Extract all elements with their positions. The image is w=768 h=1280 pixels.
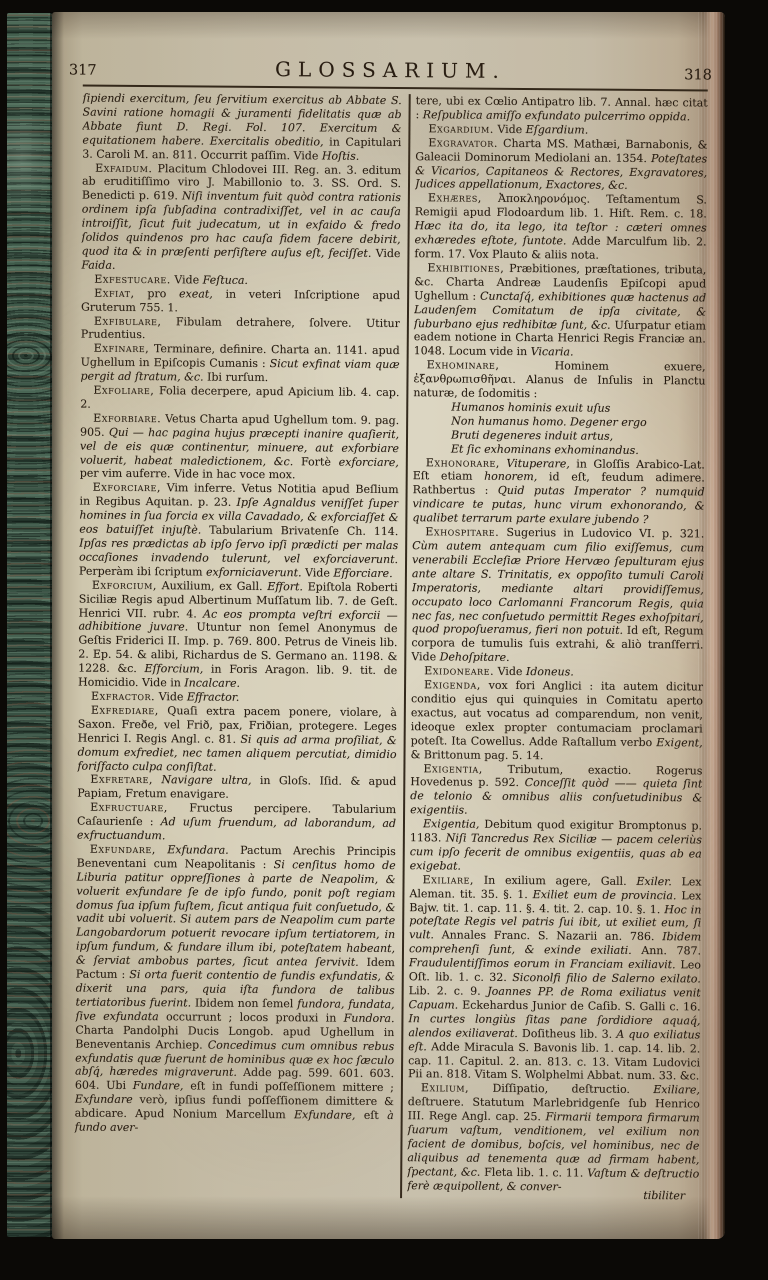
text-segment: Fleta lib. 1. c. 11. (484, 1166, 587, 1180)
text-segment: Feſtuca. (203, 273, 248, 286)
glossary-entry: ſipiendi exercitum, ſeu ſervitium exerci… (82, 92, 402, 164)
text-segment: Exigentia, (423, 817, 479, 830)
entry-headword: Exfrediare, (91, 704, 159, 718)
page-number-right: 318 (666, 67, 712, 83)
text-segment: Fortè (301, 455, 339, 468)
text-segment: Fundare, (133, 1079, 191, 1092)
entry-headword: Exhospitare. (425, 525, 499, 539)
entry-headword: Exfoliare, (93, 384, 154, 397)
text-segment: Ibidem non ſemel (195, 996, 297, 1010)
book-scan: 317 GLOSSARIUM. 318 ſipiendi exercitum, … (0, 0, 768, 1280)
glossary-entry: Exfibulare, Fibulam detrahere, ſolvere. … (81, 314, 400, 344)
glossary-entry: Exfinare, Terminare, definire. Charta an… (80, 342, 399, 386)
entry-headword: Exhæres, (428, 192, 482, 205)
text-segment: Faida. (81, 258, 115, 271)
text-segment (156, 843, 168, 856)
text-segment: exforciare, (339, 455, 399, 468)
glossary-entry: Exforcium, Auxilium, ex Gall. Effort. Ep… (78, 578, 398, 692)
entry-headword: Exilium, (421, 1082, 469, 1095)
entry-headword: Exfibulare, (94, 314, 162, 328)
entry-headword: Exfestucare. (94, 272, 171, 286)
entry-headword: Exfiat, (94, 286, 135, 299)
glossary-entry: Exfiat, pro exeat, in veteri Inſcription… (81, 286, 400, 316)
text-segment: Lib. 2. c. 9. (409, 984, 488, 998)
marbled-edge (7, 13, 52, 1237)
text-segment: Vicaria. (531, 345, 574, 358)
glossary-entry: Exigentia, Tributum, exactio. Rogerus Ho… (410, 762, 702, 820)
entry-headword: Exforciare, (93, 481, 161, 495)
entry-headword: Exgravator. (428, 136, 498, 150)
text-segment: Incalcare. (184, 676, 240, 689)
glossary-entry: Exfaidum. Placitum Chlodovei III. Reg. a… (81, 161, 401, 275)
text-segment: Effort. (267, 580, 307, 593)
text-segment: Exiliet eum de provincia. (533, 888, 682, 902)
entry-headword: Exigenda, (424, 678, 481, 691)
text-segment: Hoſtis. (322, 149, 359, 162)
text-segment: Tabularium Brivatenſe Ch. 114. (209, 524, 398, 538)
entry-headword: Exforcium, (92, 578, 157, 592)
text-segment: pro (135, 287, 180, 300)
text-segment: Exfundare (75, 1093, 140, 1107)
text-segment: exforniciaverunt. (206, 565, 305, 579)
text-segment: Vituperare, (506, 456, 570, 469)
text-segment: Dehoſpitare. (440, 651, 510, 665)
glossary-entry: Exfoliare, Folia decerpere, apud Apicium… (80, 384, 399, 414)
glossary-entry: Exhæres, Ἀποκληρονόμος. Teſtamentum S. R… (414, 192, 707, 264)
text-segment: Vide (305, 566, 333, 579)
entry-headword: Exhonorare, (426, 456, 500, 470)
glossary-entry: tere, ubi ex Cœlio Antipatro lib. 7. Ann… (415, 94, 707, 124)
text-segment: Siconolfi filio de Salerno exilato. (512, 971, 701, 985)
glossary-entry: Exgravator. Charta MS. Mathæi, Barnaboni… (415, 136, 707, 194)
glossary-entry: Exhominare, Hominem exuere, ἐξανθρωπισθῆ… (413, 358, 705, 402)
column-right: tere, ubi ex Cœlio Antipatro lib. 7. Ann… (407, 94, 708, 1200)
glossary-entry: Exforbiare. Vetus Charta apud Ughellum t… (80, 411, 400, 483)
running-title: GLOSSARIUM. (115, 56, 666, 84)
catchword: tibiliter (643, 1189, 685, 1202)
text-segment: Reſpublica amiſſo exfundato pulcerrimo o… (423, 108, 690, 123)
text-segment: Vide (376, 247, 401, 260)
text-segment: occurrunt ; locos produxi in (166, 1010, 344, 1024)
glossary-entry: Exhonorare, Vituperare, in Gloſſis Arabi… (412, 456, 705, 528)
book-page: 317 GLOSSARIUM. 318 ſipiendi exercitum, … (52, 12, 725, 1239)
text-segment: Vide (155, 690, 187, 703)
text-segment: Vide (171, 273, 203, 286)
text-segment: honorem, (484, 470, 537, 483)
text-segment: Adde Miracula S. Bavonis lib. 1. cap. 14… (408, 1040, 700, 1083)
verse-quote: Humanos hominis exuit uſusNon humanus ho… (451, 400, 705, 458)
text-segment: Diſſipatio, deſtructio. (469, 1082, 653, 1096)
entry-headword: Exfinare, (94, 342, 150, 355)
entry-headword: Exhibitiones, (427, 261, 504, 275)
text-segment: Si cenſitus homo de Liburia patitur oppr… (76, 858, 396, 969)
text-segment: In exilium agere, Gall. (474, 873, 637, 887)
entry-headword: Exgardium. (428, 122, 494, 136)
entry-headword: Exfretare, (90, 773, 153, 786)
glossary-entry: Exfundare, Exfundara. Pactum Arechis Pri… (75, 842, 396, 1137)
entry-headword: Exfractor. (91, 690, 155, 704)
text-segment: Eſgardium. (526, 123, 589, 136)
verse-line: Bruti degeneres induit artus, (451, 428, 705, 444)
text-segment: Ibi rurſum. (207, 371, 268, 384)
text-segment: Doſitheus lib. 3. (522, 1027, 616, 1041)
text-segment: Annales Franc. S. Nazarii an. 786. (442, 929, 663, 944)
text-segment: Cùm autem antequam cum filio exiſſemus, … (411, 539, 704, 637)
entry-headword: Exigentia, (423, 762, 482, 775)
entry-headword: Exfructuare, (90, 801, 168, 815)
page-content: 317 GLOSSARIUM. 318 ſipiendi exercitum, … (74, 56, 708, 1201)
column-left: ſipiendi exercitum, ſeu ſervitium exerci… (74, 92, 402, 1198)
glossary-entry: Exfretare, Navigare ultra, in Gloſs. Iſi… (77, 773, 396, 803)
text-segment: Exiliare, (653, 1083, 700, 1096)
glossary-entry: Exfructuare, Fructus percipere. Tabulari… (77, 801, 396, 845)
text-segment: Eckehardus Junior de Caſib. S. Galli c. … (462, 998, 700, 1013)
text-segment: Idoneus. (526, 665, 574, 678)
glossary-entry: Exhibitiones, Præbitiones, præſtationes,… (414, 261, 707, 361)
glossary-entry: Exigentia, Debitum quod exigitur Brompto… (410, 817, 702, 875)
text-segment: Effractor. (187, 690, 239, 703)
glossary-entry: Exilium, Diſſipatio, deſtructio. Exiliar… (407, 1081, 700, 1195)
text-segment: Ann. 787. (641, 944, 701, 957)
page-number-left: 317 (69, 62, 115, 78)
text-segment: exeat, (179, 287, 213, 300)
text-segment: eſt in fundi poſſeſſionem mittere ; (190, 1080, 394, 1095)
entry-headword: Exfaidum. (95, 161, 152, 174)
glossary-entry: Exhospitare. Sugerius in Ludovico VI. p.… (411, 525, 704, 666)
gutter-shadow (50, 12, 64, 1239)
page-header: 317 GLOSSARIUM. 318 (83, 56, 708, 85)
text-segment: Exiler. (636, 875, 681, 888)
text-segment: Exfundare, (294, 1108, 364, 1122)
text-segment: Auxilium, ex Gall. (157, 579, 267, 593)
entry-headword: Exfundare, (90, 843, 156, 857)
header-rule (83, 85, 708, 92)
text-segment: Exigent, (656, 736, 702, 749)
text-segment: Vide (494, 123, 526, 136)
glossary-entry: Exforciare, Vim inferre. Vetus Notitia a… (79, 481, 399, 581)
glossary-entry: Exiliare, In exilium agere, Gall. Exiler… (408, 873, 702, 1084)
entry-headword: Exhominare, (427, 358, 500, 372)
text-segment: per vim auferre. Vide in hac voce mox. (80, 467, 296, 482)
text-segment: Navigare ultra, (161, 774, 251, 788)
entry-headword: Exidoneare. (424, 664, 494, 678)
text-segment (153, 774, 162, 787)
column-right-wrap: tere, ubi ex Cœlio Antipatro lib. 7. Ann… (407, 94, 708, 1200)
entry-headword: Exforbiare. (93, 411, 161, 425)
text-segment: Ipſas res prædictas ab ipſo ſervo ipſi p… (79, 537, 398, 566)
text-segment: Perperàm ibi ſcriptum (79, 564, 206, 578)
text-segment: Fraudulentiſſimos eorum in Franciam exil… (409, 956, 681, 971)
text-segment: Vide (494, 665, 526, 678)
text-segment: Niſi Tancredus Rex Siciliæ — pacem celer… (410, 831, 702, 872)
text-segment: eſt (364, 1109, 387, 1122)
glossary-entry: Exigenda, vox fori Anglici : ita autem d… (410, 678, 703, 764)
text-segment: Efforciare. (333, 566, 392, 579)
text-segment: & Brittonum pag. 5. 14. (410, 748, 543, 762)
text-segment: Eſforcium, (144, 662, 211, 676)
text-columns: ſipiendi exercitum, ſeu ſervitium exerci… (74, 92, 708, 1201)
text-segment: Exfundara. (167, 843, 240, 857)
text-segment: Fundora. (344, 1011, 395, 1024)
entry-headword: Exiliare, (422, 873, 474, 886)
glossary-entry: Exfrediare, Quaſi extra pacem ponere, vi… (77, 703, 397, 775)
text-segment: Sugerius in Ludovico VI. p. 321. (499, 526, 704, 541)
